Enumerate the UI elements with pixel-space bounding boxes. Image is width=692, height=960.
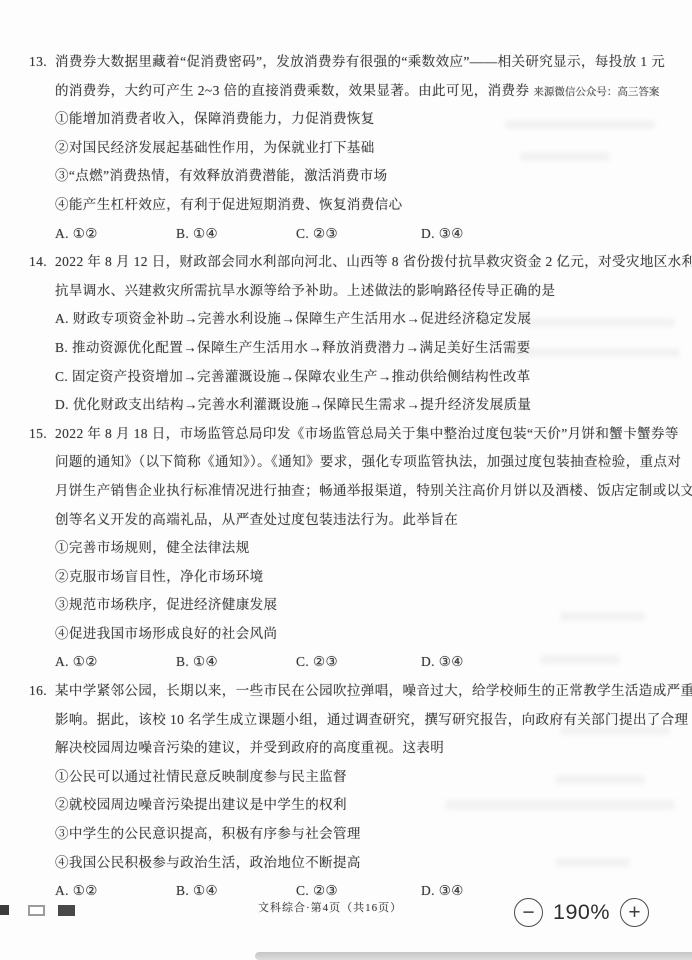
question-block: 14.2022 年 8 月 12 日，财政部会同水利部向河北、山西等 8 省份拨… <box>0 248 692 420</box>
question-text: ②就校园周边噪音污染提出建议是中学生的权利 <box>55 797 347 812</box>
answer-option: D. ③④ <box>421 877 464 906</box>
question-line: 解决校园周边噪音污染的建议，并受到政府的高度重视。这表明 <box>0 734 692 763</box>
answer-option: B. ①④ <box>176 220 218 249</box>
print-mark-filled-icon <box>58 905 75 916</box>
question-line: ④我国公民积极参与政治生活，政治地位不断提高 <box>0 849 692 878</box>
zoom-out-button[interactable]: − <box>514 898 543 927</box>
answer-option: A. ①② <box>55 220 98 249</box>
question-text: A. 财政专项资金补助→完善水利设施→保障生产生活用水→促进经济稳定发展 <box>55 311 531 326</box>
question-block: 16.某中学紧邻公园，长期以来，一些市民在公园吹拉弹唱，噪音过大，给学校师生的正… <box>0 677 692 906</box>
question-first-line: 16.某中学紧邻公园，长期以来，一些市民在公园吹拉弹唱，噪音过大，给学校师生的正… <box>0 677 692 706</box>
question-text: C. 固定资产投资增加→完善灌溉设施→保障农业生产→推动供给侧结构性改革 <box>55 369 531 384</box>
question-line: ④促进我国市场形成良好的社会风尚 <box>0 620 692 649</box>
question-line: 的消费券，大约可产生 2~3 倍的直接消费乘数，效果显著。由此可见，消费券来源微… <box>0 77 692 106</box>
zoom-in-button[interactable]: + <box>620 898 649 927</box>
question-line: ①能增加消费者收入，保障消费能力，力促消费恢复 <box>0 105 692 134</box>
answer-options-row: A. ①②B. ①④C. ②③D. ③④ <box>0 648 692 677</box>
question-line: ③“点燃”消费热情，有效释放消费潜能，激活消费市场 <box>0 162 692 191</box>
question-line: ③规范市场秩序，促进经济健康发展 <box>0 591 692 620</box>
print-mark-outline-icon <box>28 905 45 916</box>
question-line: 问题的通知》（以下简称《通知》）。《通知》要求，强化专项监管执法，加强过度包装抽… <box>0 448 692 477</box>
answer-options-row: A. ①②B. ①④C. ②③D. ③④ <box>0 220 692 249</box>
question-line: ②克服市场盲目性，净化市场环境 <box>0 563 692 592</box>
question-first-line: 13.消费券大数据里藏着“促消费密码”，发放消费券有很强的“乘数效应”——相关研… <box>0 48 692 77</box>
page-footer-label: 文科综合·第4页（共16页） <box>258 899 402 915</box>
question-line: ①完善市场规则，健全法律法规 <box>0 534 692 563</box>
question-line: 影响。据此，该校 10 名学生成立课题小组，通过调查研究，撰写研究报告，向政府有… <box>0 706 692 735</box>
question-line: 创等名义开发的高端礼品，从严查处过度包装违法行为。此举旨在 <box>0 506 692 535</box>
watermark-source-label: 来源微信公众号：高三答案 <box>533 87 659 98</box>
question-line: C. 固定资产投资增加→完善灌溉设施→保障农业生产→推动供给侧结构性改革 <box>0 363 692 392</box>
print-mark-filled-icon <box>0 905 9 915</box>
question-number: 15. <box>29 420 47 449</box>
question-block: 15.2022 年 8 月 18 日，市场监管总局印发《市场监管总局关于集中整治… <box>0 420 692 677</box>
question-text: ④我国公民积极参与政治生活，政治地位不断提高 <box>55 855 361 870</box>
question-text: 2022 年 8 月 12 日，财政部会同水利部向河北、山西等 8 省份拨付抗旱… <box>55 254 692 269</box>
question-line: ③中学生的公民意识提高，积极有序参与社会管理 <box>0 820 692 849</box>
horizontal-scrollbar[interactable] <box>255 952 692 960</box>
question-line: A. 财政专项资金补助→完善水利设施→保障生产生活用水→促进经济稳定发展 <box>0 305 692 334</box>
document-viewer: 13.消费券大数据里藏着“促消费密码”，发放消费券有很强的“乘数效应”——相关研… <box>0 0 692 960</box>
answer-option: B. ①④ <box>176 648 218 677</box>
question-text: ①能增加消费者收入，保障消费能力，力促消费恢复 <box>55 111 375 126</box>
question-text: 问题的通知》（以下简称《通知》）。《通知》要求，强化专项监管执法，加强过度包装抽… <box>55 454 681 469</box>
question-text: 影响。据此，该校 10 名学生成立课题小组，通过调查研究，撰写研究报告，向政府有… <box>55 712 688 727</box>
question-text: ③规范市场秩序，促进经济健康发展 <box>55 597 277 612</box>
answer-option: D. ③④ <box>421 220 464 249</box>
question-text: 某中学紧邻公园，长期以来，一些市民在公园吹拉弹唱，噪音过大，给学校师生的正常教学… <box>55 683 692 698</box>
exam-questions-container: 13.消费券大数据里藏着“促消费密码”，发放消费券有很强的“乘数效应”——相关研… <box>0 48 692 906</box>
question-text: 月饼生产销售企业执行标准情况进行抽查；畅通举报渠道，特别关注高价月饼以及酒楼、饭… <box>55 483 692 498</box>
question-text: 2022 年 8 月 18 日，市场监管总局印发《市场监管总局关于集中整治过度包… <box>55 426 679 441</box>
answer-option: B. ①④ <box>176 877 218 906</box>
question-text: ②对国民经济发展起基础性作用，为保就业打下基础 <box>55 140 375 155</box>
question-text: ④能产生杠杆效应，有利于促进短期消费、恢复消费信心 <box>55 197 403 212</box>
question-text: 抗旱调水、兴建救灾所需抗旱水源等给予补助。上述做法的影响路径传导正确的是 <box>55 283 555 298</box>
question-text: D. 优化财政支出结构→完善水利灌溉设施→保障民生需求→提升经济发展质量 <box>55 397 531 412</box>
question-line: ②就校园周边噪音污染提出建议是中学生的权利 <box>0 791 692 820</box>
question-text: ③中学生的公民意识提高，积极有序参与社会管理 <box>55 826 361 841</box>
question-text: 创等名义开发的高端礼品，从严查处过度包装违法行为。此举旨在 <box>55 512 458 527</box>
question-line: ④能产生杠杆效应，有利于促进短期消费、恢复消费信心 <box>0 191 692 220</box>
answer-option: D. ③④ <box>421 648 464 677</box>
zoom-level-value: 190% <box>553 900 610 925</box>
question-text: 的消费券，大约可产生 2~3 倍的直接消费乘数，效果显著。由此可见，消费券 <box>55 83 529 98</box>
zoom-control: − 190% + <box>514 898 649 927</box>
question-text: B. 推动资源优化配置→保障生产生活用水→释放消费潜力→满足美好生活需要 <box>55 340 531 355</box>
answer-option: C. ②③ <box>296 220 338 249</box>
answer-option: A. ①② <box>55 877 98 906</box>
question-text: ①公民可以通过社情民意反映制度参与民主监督 <box>55 769 347 784</box>
question-text: 解决校园周边噪音污染的建议，并受到政府的高度重视。这表明 <box>55 740 444 755</box>
question-line: ②对国民经济发展起基础性作用，为保就业打下基础 <box>0 134 692 163</box>
question-block: 13.消费券大数据里藏着“促消费密码”，发放消费券有很强的“乘数效应”——相关研… <box>0 48 692 248</box>
question-text: ③“点燃”消费热情，有效释放消费潜能，激活消费市场 <box>55 168 387 183</box>
answer-option: C. ②③ <box>296 648 338 677</box>
question-first-line: 15.2022 年 8 月 18 日，市场监管总局印发《市场监管总局关于集中整治… <box>0 420 692 449</box>
question-number: 14. <box>29 248 47 277</box>
question-first-line: 14.2022 年 8 月 12 日，财政部会同水利部向河北、山西等 8 省份拨… <box>0 248 692 277</box>
answer-option: A. ①② <box>55 648 98 677</box>
question-number: 16. <box>29 677 47 706</box>
question-line: ①公民可以通过社情民意反映制度参与民主监督 <box>0 763 692 792</box>
question-text: 消费券大数据里藏着“促消费密码”，发放消费券有很强的“乘数效应”——相关研究显示… <box>55 54 665 69</box>
question-line: D. 优化财政支出结构→完善水利灌溉设施→保障民生需求→提升经济发展质量 <box>0 391 692 420</box>
question-line: 抗旱调水、兴建救灾所需抗旱水源等给予补助。上述做法的影响路径传导正确的是 <box>0 277 692 306</box>
question-number: 13. <box>29 48 47 77</box>
question-text: ④促进我国市场形成良好的社会风尚 <box>55 626 277 641</box>
question-line: B. 推动资源优化配置→保障生产生活用水→释放消费潜力→满足美好生活需要 <box>0 334 692 363</box>
question-line: 月饼生产销售企业执行标准情况进行抽查；畅通举报渠道，特别关注高价月饼以及酒楼、饭… <box>0 477 692 506</box>
question-text: ①完善市场规则，健全法律法规 <box>55 540 250 555</box>
question-text: ②克服市场盲目性，净化市场环境 <box>55 569 264 584</box>
